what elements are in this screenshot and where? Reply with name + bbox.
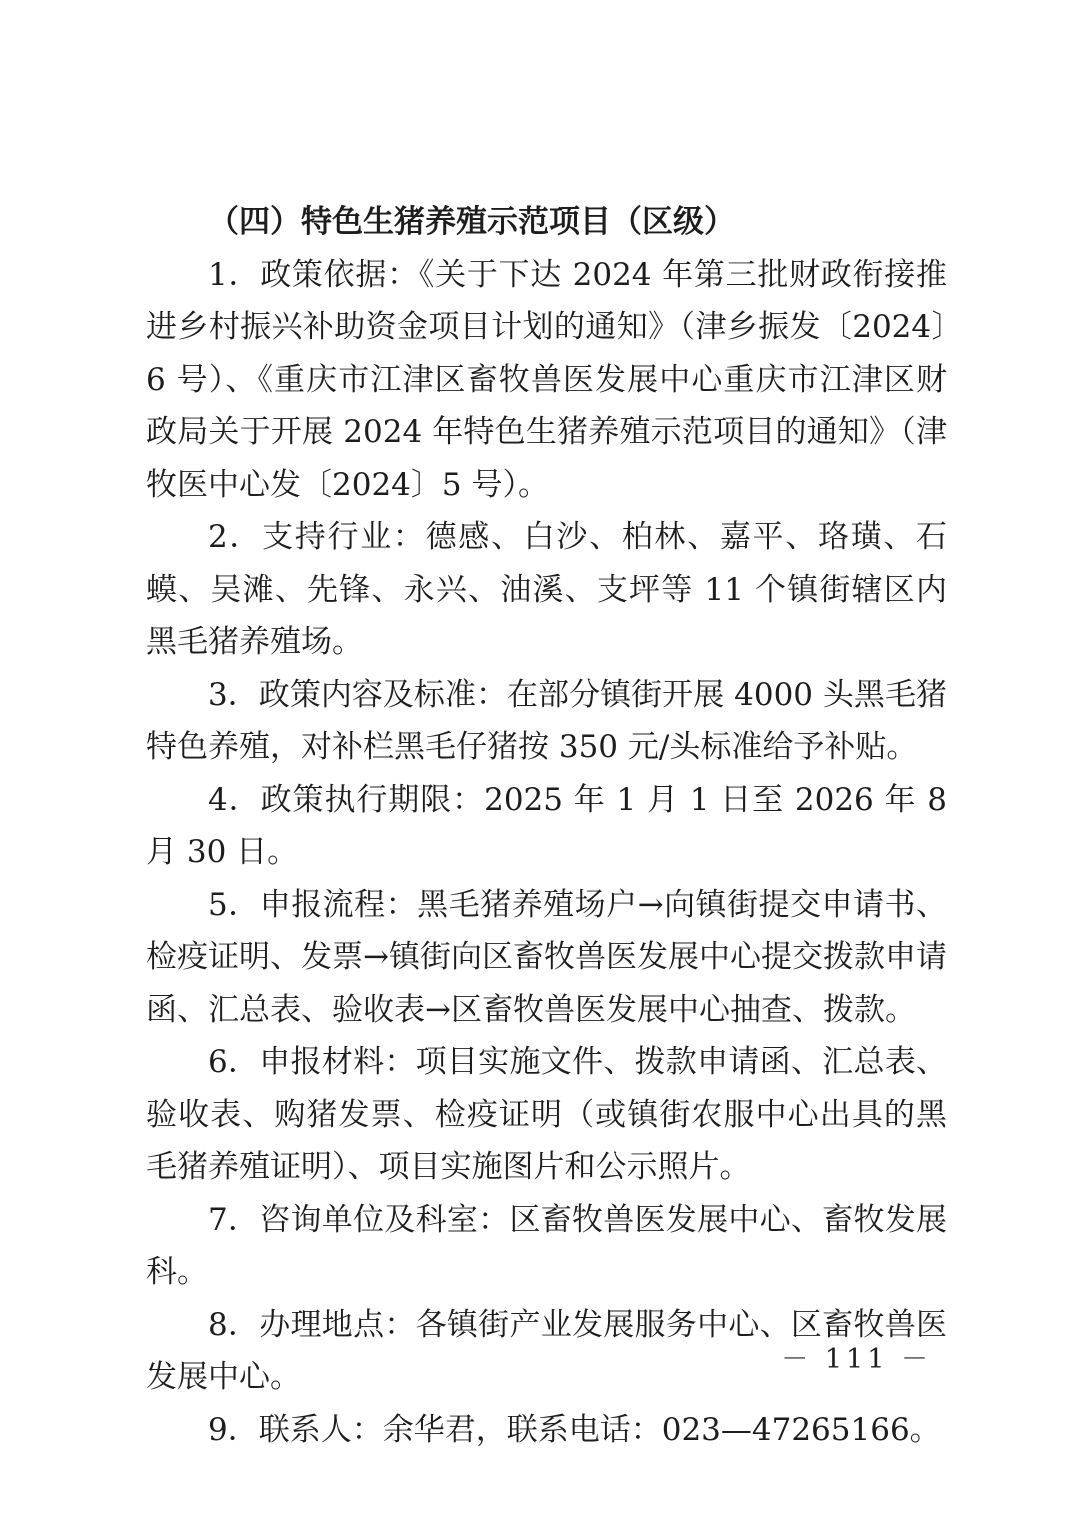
document-body: （四）特色生猪养殖示范项目（区级） 1．政策依据：《关于下达 2024 年第三批… <box>146 196 947 1456</box>
document-page: （四）特色生猪养殖示范项目（区级） 1．政策依据：《关于下达 2024 年第三批… <box>0 0 1074 1520</box>
section-heading: （四）特色生猪养殖示范项目（区级） <box>146 196 947 249</box>
paragraph-policy-period: 4．政策执行期限：2025 年 1 月 1 日至 2026 年 8 月 30 日… <box>146 774 947 879</box>
paragraph-contact: 9．联系人：余华君，联系电话：023—47265166。 <box>146 1404 947 1457</box>
paragraph-policy-content-standard: 3．政策内容及标准：在部分镇街开展 4000 头黑毛猪特色养殖，对补栏黑毛仔猪按… <box>146 669 947 774</box>
paragraph-policy-basis: 1．政策依据：《关于下达 2024 年第三批财政衔接推进乡村振兴补助资金项目计划… <box>146 249 947 512</box>
paragraph-consulting-unit: 7．咨询单位及科室：区畜牧兽医发展中心、畜牧发展科。 <box>146 1194 947 1299</box>
page-number: － 111 － <box>781 1342 932 1378</box>
paragraph-application-materials: 6．申报材料：项目实施文件、拨款申请函、汇总表、验收表、购猪发票、检疫证明（或镇… <box>146 1036 947 1194</box>
paragraph-supported-industry: 2．支持行业：德感、白沙、柏林、嘉平、珞璜、石蟆、吴滩、先锋、永兴、油溪、支坪等… <box>146 511 947 669</box>
paragraph-application-process: 5．申报流程：黑毛猪养殖场户→向镇街提交申请书、检疫证明、发票→镇街向区畜牧兽医… <box>146 879 947 1037</box>
